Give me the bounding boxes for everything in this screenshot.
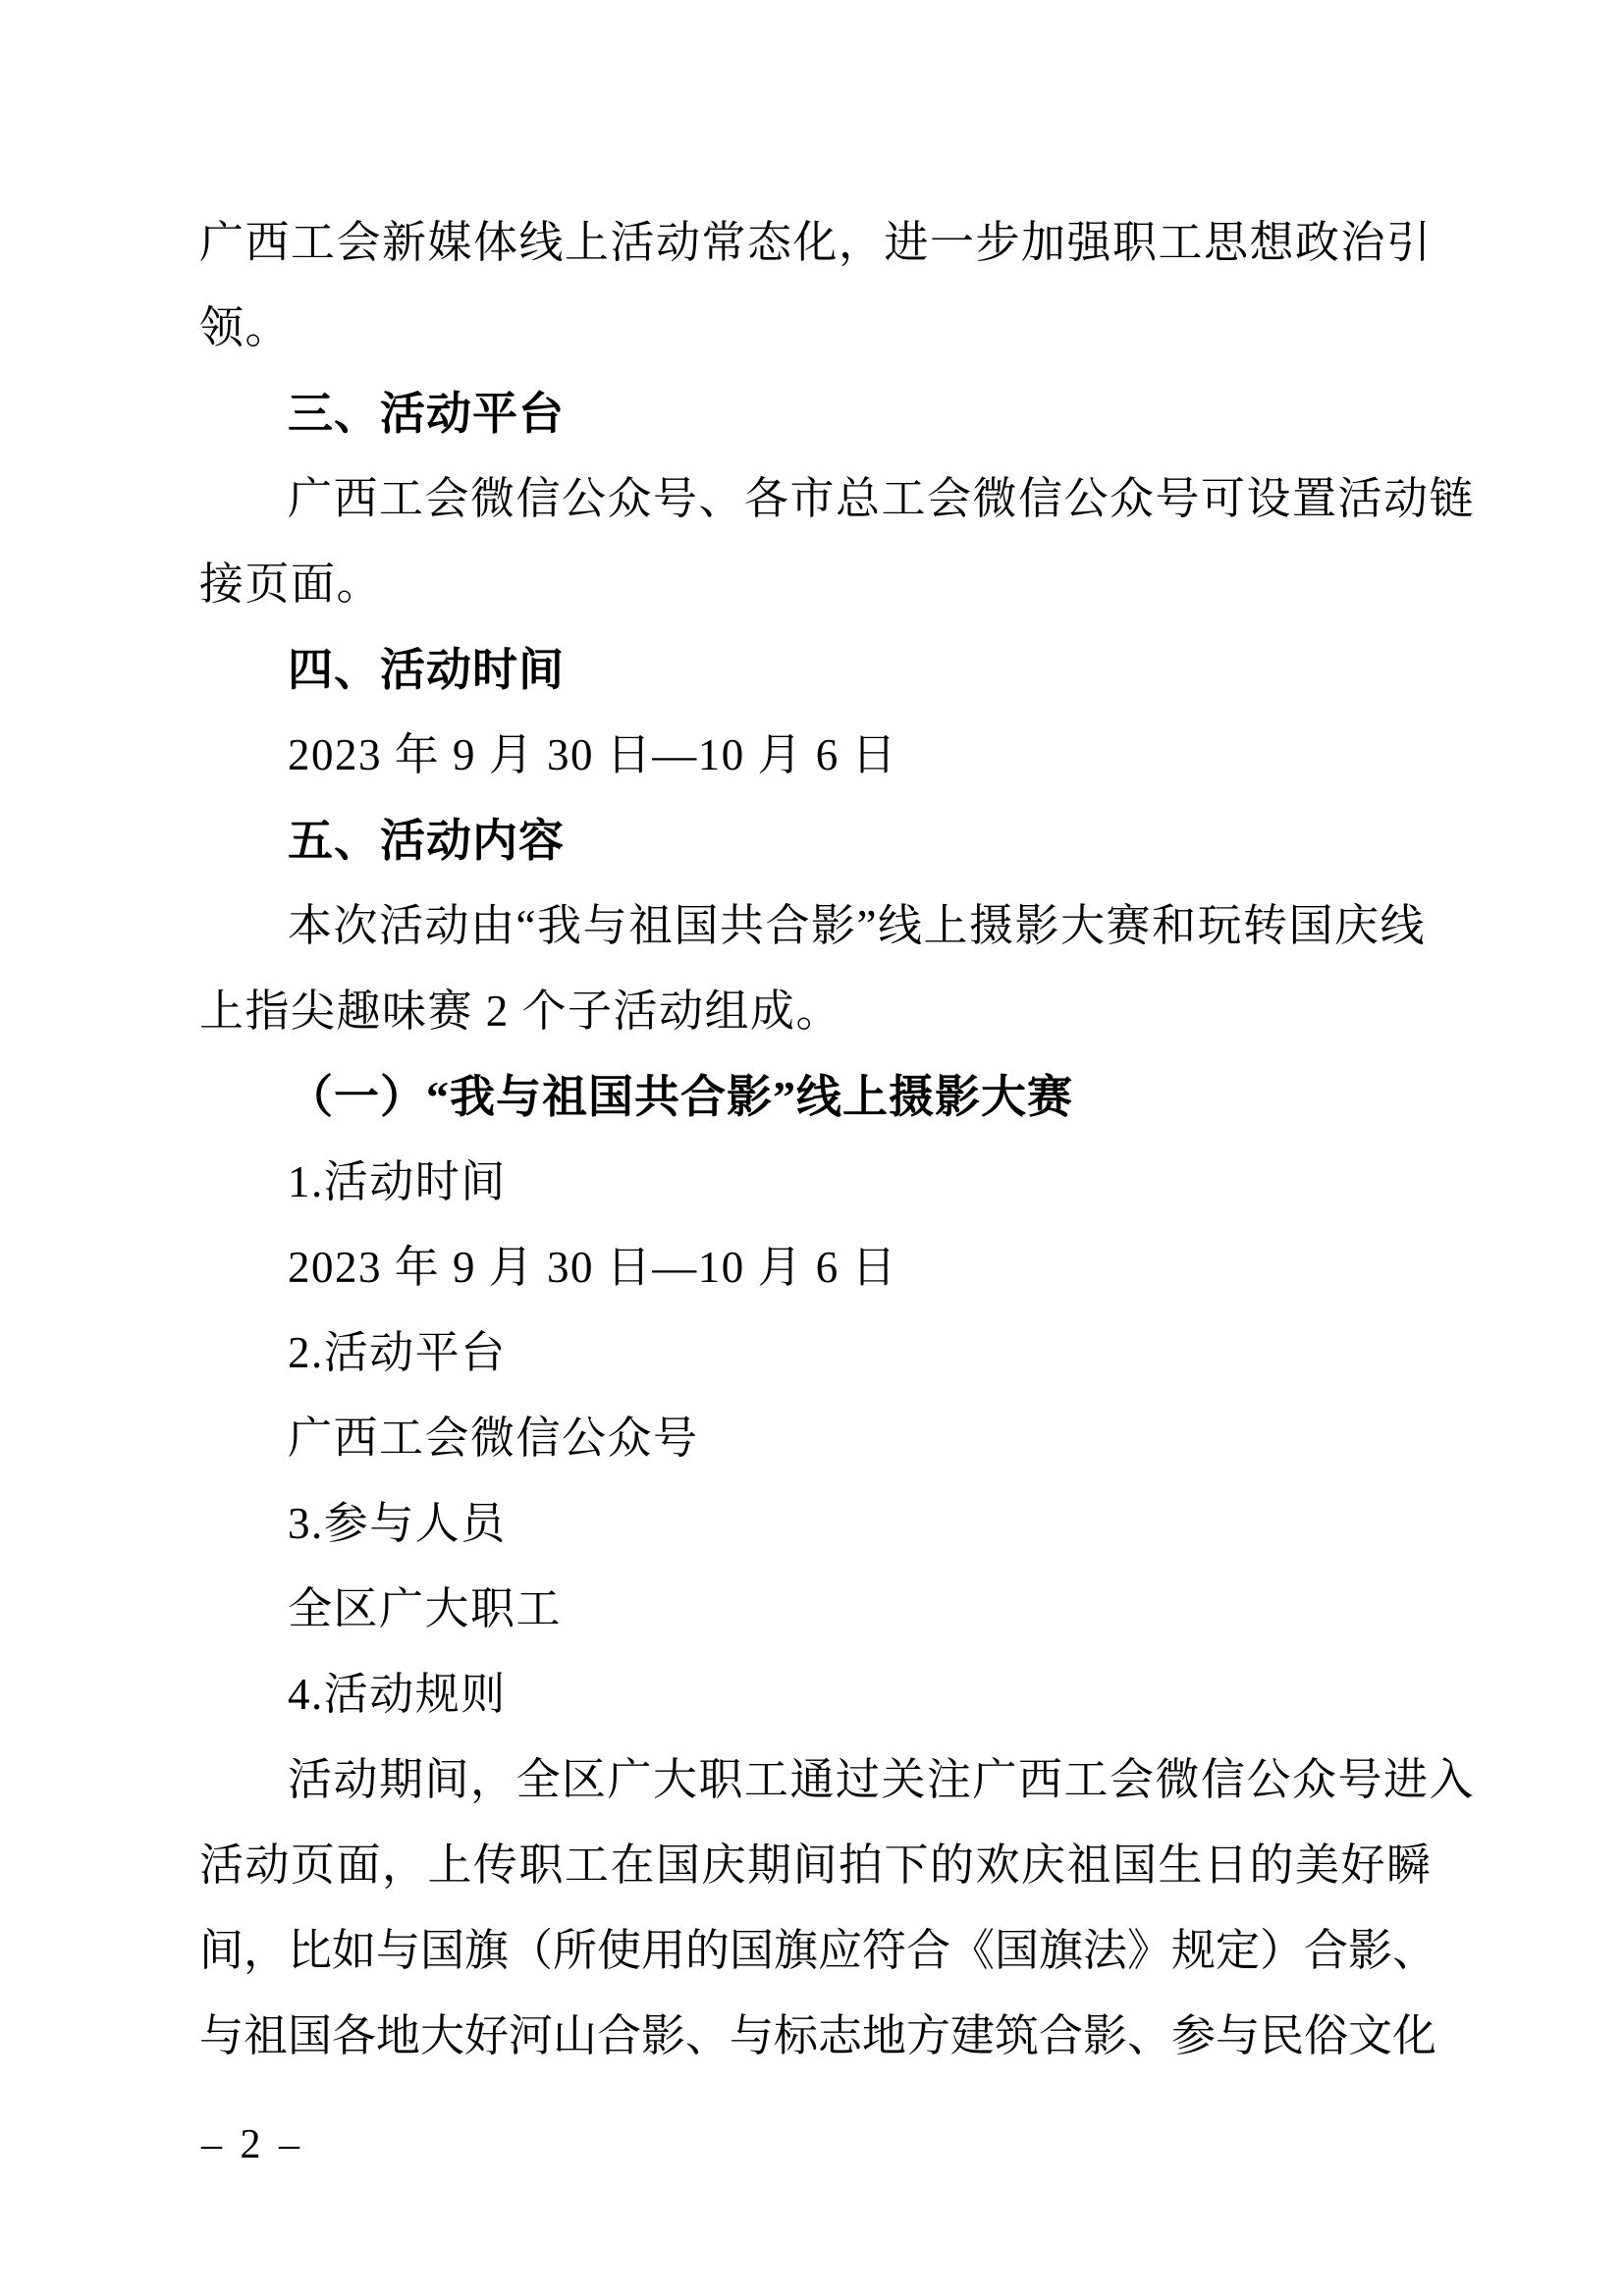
date-range-line: 2023 年 9 月 30 日—10 月 6 日 [199,1225,1428,1310]
page-number: – 2 – [201,2120,303,2169]
subsection-heading-photo-contest: （一）“我与祖国共合影”线上摄影大赛 [199,1054,1428,1140]
body-line: 接页面。 [199,542,1428,627]
section-heading-3-platform: 三、活动平台 [199,371,1428,456]
document-page: 广西工会新媒体线上活动常态化，进一步加强职工思想政治引 领。 三、活动平台 广西… [0,0,1624,2296]
document-body: 广西工会新媒体线上活动常态化，进一步加强职工思想政治引 领。 三、活动平台 广西… [199,200,1428,2079]
body-line: 上指尖趣味赛 2 个子活动组成。 [199,969,1428,1054]
body-line: 间，比如与国旗（所使用的国旗应符合《国旗法》规定）合影、 [199,1908,1428,1994]
item-heading-1-time: 1.活动时间 [199,1140,1428,1225]
body-line: 与祖国各地大好河山合影、与标志地方建筑合影、参与民俗文化 [199,1994,1428,2079]
section-heading-4-time: 四、活动时间 [199,627,1428,713]
body-line: 全区广大职工 [199,1567,1428,1652]
body-line: 活动页面，上传职工在国庆期间拍下的欢庆祖国生日的美好瞬 [199,1823,1428,1908]
body-line: 广西工会微信公众号、各市总工会微信公众号可设置活动链 [199,456,1428,542]
body-line: 领。 [199,286,1428,371]
body-line: 广西工会微信公众号 [199,1396,1428,1481]
section-heading-5-content: 五、活动内容 [199,798,1428,883]
body-line: 活动期间，全区广大职工通过关注广西工会微信公众号进入 [199,1737,1428,1823]
body-line: 本次活动由“我与祖国共合影”线上摄影大赛和玩转国庆线 [199,883,1428,969]
item-heading-2-platform: 2.活动平台 [199,1310,1428,1396]
body-line: 广西工会新媒体线上活动常态化，进一步加强职工思想政治引 [199,200,1428,286]
item-heading-4-rules: 4.活动规则 [199,1652,1428,1737]
item-heading-3-participants: 3.参与人员 [199,1481,1428,1567]
date-range-line: 2023 年 9 月 30 日—10 月 6 日 [199,713,1428,798]
